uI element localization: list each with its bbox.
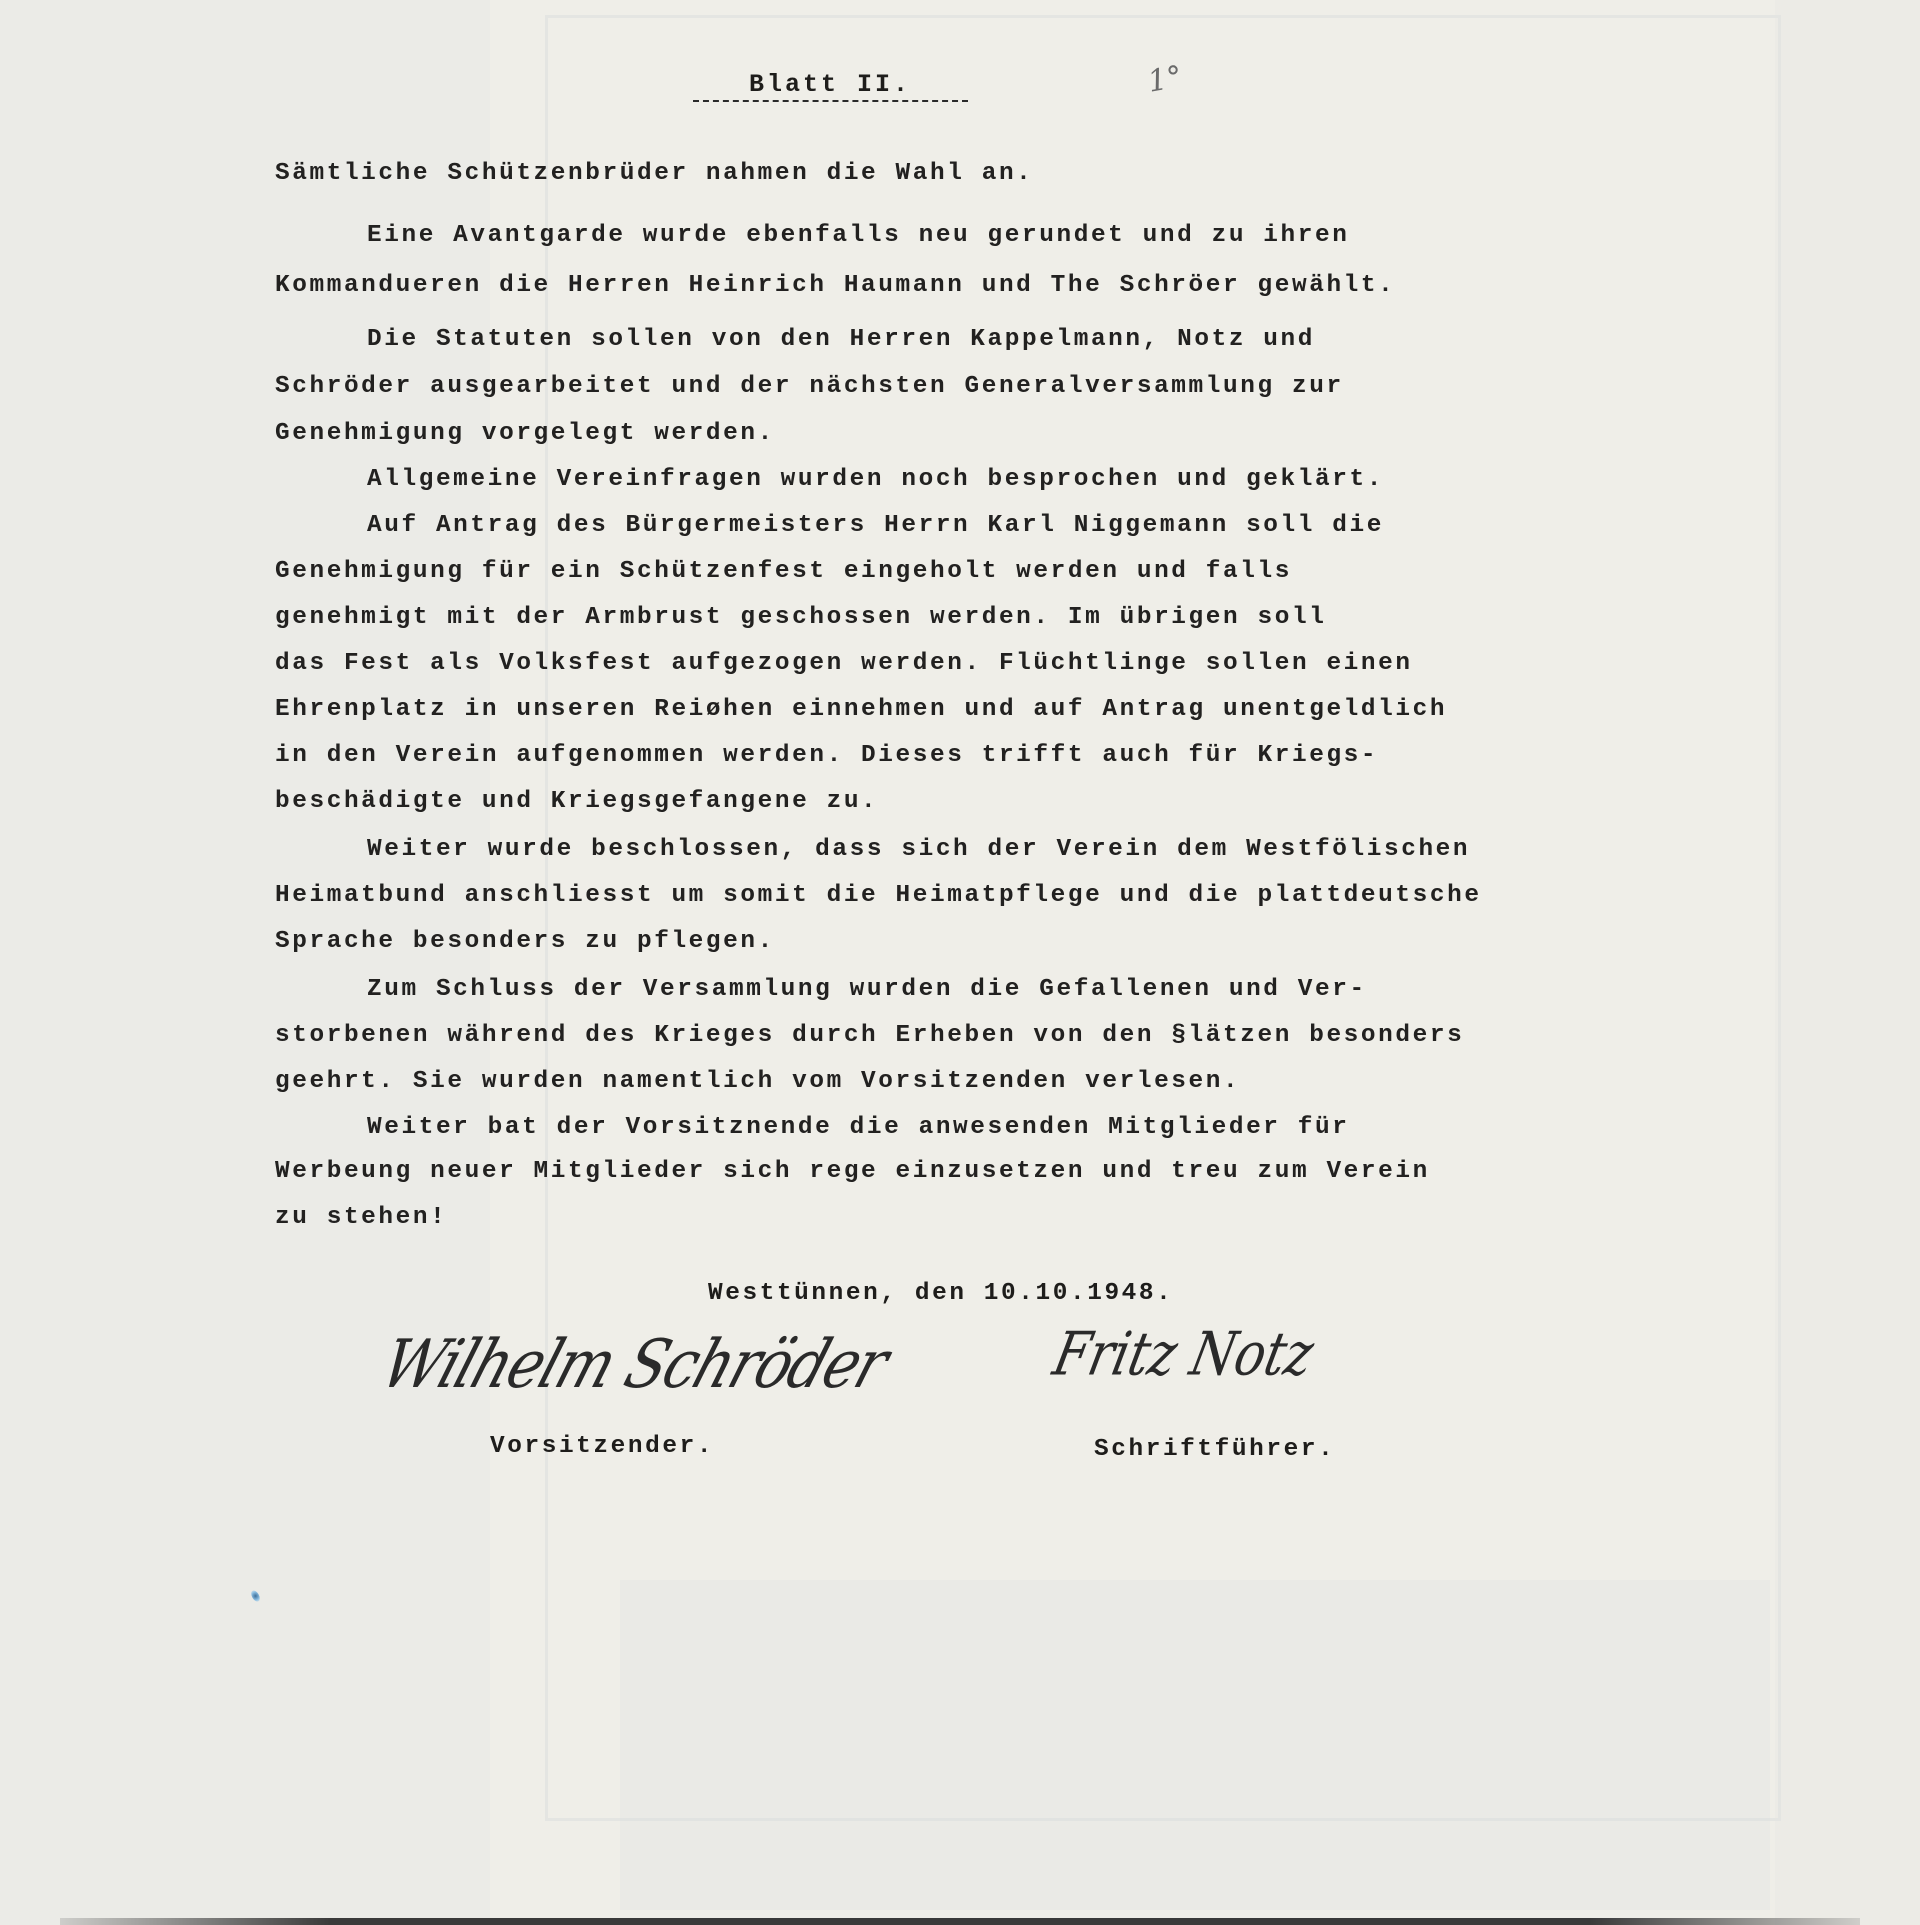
text-line: storbenen während des Krieges durch Erhe…	[275, 1022, 1464, 1049]
text-line: Zum Schluss der Versammlung wurden die G…	[275, 976, 1367, 1003]
text-line: Genehmigung vorgelegt werden.	[275, 420, 775, 447]
text-line: zu stehen!	[275, 1204, 447, 1231]
signature-label-chairman: Vorsitzender.	[490, 1433, 714, 1460]
text-line: Heimatbund anschliesst um somit die Heim…	[275, 882, 1482, 909]
title-underline	[693, 100, 968, 102]
text-line: Die Statuten sollen von den Herren Kappe…	[275, 326, 1315, 353]
text-line: Sämtliche Schützenbrüder nahmen die Wahl…	[275, 160, 1033, 187]
text-line: in den Verein aufgenommen werden. Dieses…	[275, 742, 1378, 769]
signature-secretary: Fritz Notz	[1048, 1319, 1320, 1389]
document-page: Blatt II. 1° Sämtliche Schützenbrüder na…	[0, 0, 1920, 1925]
text-line: Ehrenplatz in unseren Reiøhen einnehmen …	[275, 696, 1447, 723]
text-line: beschädigte und Kriegsgefangene zu.	[275, 788, 878, 815]
text-line: Auf Antrag des Bürgermeisters Herrn Karl…	[275, 512, 1384, 539]
text-line: Kommandueren die Herren Heinrich Haumann…	[275, 272, 1395, 299]
page-bottom-edge	[60, 1918, 1860, 1925]
place-and-date: Westtünnen, den 10.10.1948.	[708, 1280, 1173, 1307]
text-line: Weiter wurde beschlossen, dass sich der …	[275, 836, 1470, 863]
text-line: Eine Avantgarde wurde ebenfalls neu geru…	[275, 222, 1350, 249]
handwritten-page-number: 1°	[1145, 59, 1185, 99]
text-line: Werbeung neuer Mitglieder sich rege einz…	[275, 1158, 1430, 1185]
text-line: Genehmigung für ein Schützenfest eingeho…	[275, 558, 1292, 585]
text-line: Sprache besonders zu pflegen.	[275, 928, 775, 955]
page-title: Blatt II.	[690, 70, 970, 99]
signature-chairman: Wilhelm Schröder	[372, 1325, 896, 1403]
text-line: geehrt. Sie wurden namentlich vom Vorsit…	[275, 1068, 1240, 1095]
text-line: genehmigt mit der Armbrust geschossen we…	[275, 604, 1326, 631]
signature-label-secretary: Schriftführer.	[1094, 1436, 1335, 1463]
text-line: Weiter bat der Vorsitznende die anwesend…	[275, 1114, 1350, 1141]
ink-spot	[249, 1589, 261, 1603]
text-line: Schröder ausgearbeitet und der nächsten …	[275, 373, 1344, 400]
text-line: Allgemeine Vereinfragen wurden noch besp…	[275, 466, 1384, 493]
text-line: das Fest als Volksfest aufgezogen werden…	[275, 650, 1413, 677]
